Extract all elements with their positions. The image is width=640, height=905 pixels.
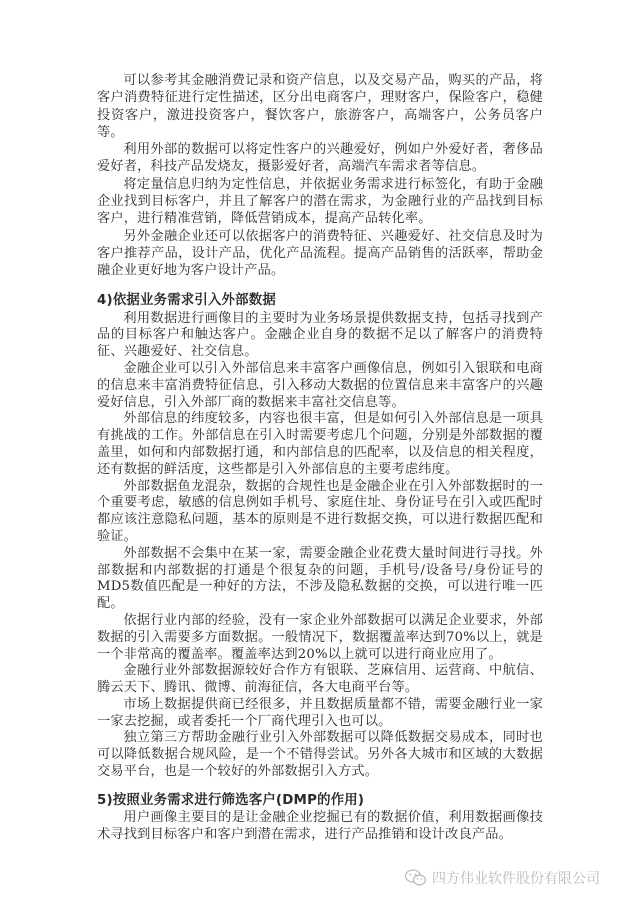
- section-heading: 5)按照业务需求进行筛选客户(DMP的作用): [97, 792, 543, 809]
- paragraph: 外部信息的纬度较多，内容也很丰富，但是如何引入外部信息是一项具有挑战的工作。外部…: [97, 411, 543, 478]
- section-4: 4)依据业务需求引入外部数据 利用数据进行画像目的主要时为业务场景提供数据支持，…: [97, 292, 543, 781]
- paragraph: 外部数据不会集中在某一家，需要金融企业花费大量时间进行寻找。外部数据和内部数据的…: [97, 546, 543, 613]
- paragraph: 另外金融企业还可以依据客户的消费特征、兴趣爱好、社交信息及时为客户推荐产品，设计…: [97, 228, 543, 280]
- watermark: 四方伟业软件股份有限公司: [404, 868, 600, 888]
- paragraph: 金融行业外部数据源较好合作方有银联、芝麻信用、运营商、中航信、腾云天下、腾讯、微…: [97, 663, 543, 697]
- wechat-icon: [404, 869, 428, 887]
- paragraph: 用户画像主要目的是让金融企业挖掘已有的数据价值，利用数据画像技术寻找到目标客户和…: [97, 810, 543, 844]
- paragraph: 利用外部的数据可以将定性客户的兴趣爱好，例如户外爱好者，奢侈品爱好者，科技产品发…: [97, 141, 543, 176]
- watermark-text: 四方伟业软件股份有限公司: [432, 868, 600, 888]
- paragraph: 市场上数据提供商已经很多，并且数据质量都不错，需要金融行业一家一家去挖掘，或者委…: [97, 697, 543, 731]
- paragraph: 将定量信息归纳为定性信息，并依据业务需求进行标签化，有助于金融企业找到目标客户，…: [97, 176, 543, 228]
- paragraph: 金融企业可以引入外部信息来丰富客户画像信息，例如引入银联和电商的信息来丰富消费特…: [97, 361, 543, 411]
- section-5: 5)按照业务需求进行筛选客户(DMP的作用) 用户画像主要目的是让金融企业挖掘已…: [97, 792, 543, 844]
- section-intro: 可以参考其金融消费记录和资产信息，以及交易产品，购买的产品，将客户消费特征进行定…: [97, 72, 543, 280]
- paragraph: 依据行业内部的经验，没有一家企业外部数据可以满足企业要求，外部数据的引入需要多方…: [97, 613, 543, 663]
- document-page: 可以参考其金融消费记录和资产信息，以及交易产品，购买的产品，将客户消费特征进行定…: [97, 72, 543, 843]
- paragraph: 利用数据进行画像目的主要时为业务场景提供数据支持，包括寻找到产品的目标客户和触达…: [97, 311, 543, 361]
- paragraph: 独立第三方帮助金融行业引入外部数据可以降低数据交易成本，同时也可以降低数据合规风…: [97, 730, 543, 780]
- paragraph: 外部数据鱼龙混杂，数据的合规性也是金融企业在引入外部数据时的一个重要考虑，敏感的…: [97, 479, 543, 546]
- paragraph: 可以参考其金融消费记录和资产信息，以及交易产品，购买的产品，将客户消费特征进行定…: [97, 72, 543, 141]
- section-heading: 4)依据业务需求引入外部数据: [97, 292, 543, 309]
